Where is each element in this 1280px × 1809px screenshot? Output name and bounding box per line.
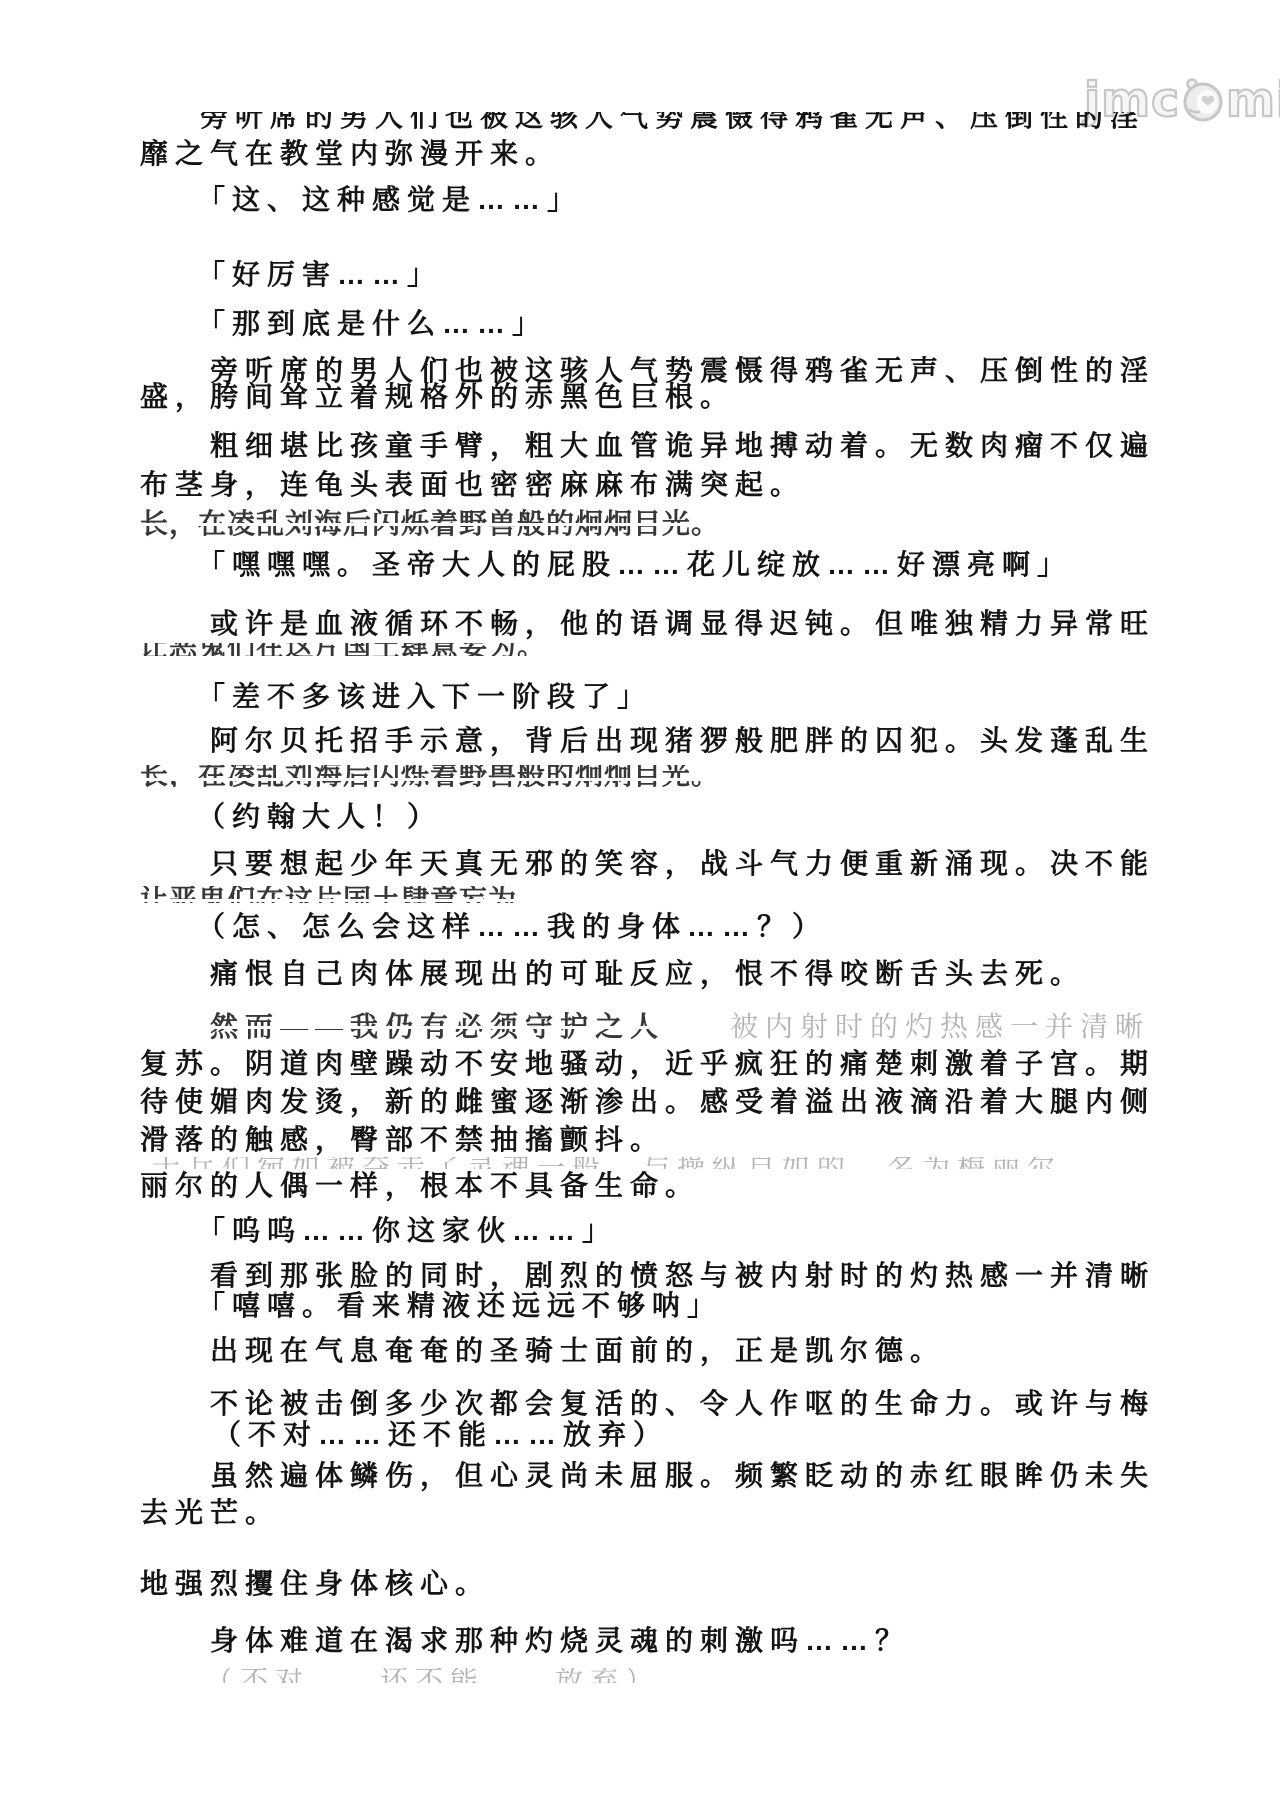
text-line: 去光芒。: [140, 1499, 280, 1527]
text-line: 身体难道在渴求那种灼烧灵魂的刺激吗……？: [210, 1627, 910, 1655]
text-line: 「嘿嘿嘿。圣帝大人的屁股……花儿绽放……好漂亮啊」: [197, 551, 1072, 579]
text-line: 靡之气在教堂内弥漫开来。: [140, 140, 560, 168]
text-line: 布茎身，连龟头表面也密密麻麻布满突起。: [140, 471, 805, 499]
novel-page: { "watermark": { "text_left": "jmc", "te…: [0, 0, 1280, 1809]
text-line: 粗细堪比孩童手臂，粗大血管诡异地搏动着。无数肉瘤不仅遍: [210, 432, 1155, 460]
text-line-degraded: 让恶鬼们在这片国土肆意妄为。: [140, 886, 546, 903]
text-line: 只要想起少年天真无邪的笑容，战斗气力便重新涌现。决不能: [210, 850, 1155, 878]
text-line-degraded: 然而——我仍有必须守护之人: [210, 1013, 665, 1041]
watermark-text-right: mic: [1226, 73, 1280, 128]
text-line: （不对……还不能……放弃）: [213, 1421, 668, 1449]
text-line-degraded: 让恶鬼们在这片国土肆意妄为。: [140, 643, 546, 663]
text-line: 地强烈攫住身体核心。: [140, 1570, 490, 1598]
text-line: 或许是血液循环不畅，他的语调显得迟钝。但唯独精力异常旺: [210, 610, 1155, 638]
text-line: 「差不多该进入下一阶段了」: [197, 683, 652, 711]
text-line: 不论被击倒多少次都会复活的、令人作呕的生命力。或许与梅: [210, 1390, 1155, 1418]
text-line: 滑落的触感，臀部不禁抽搐颤抖。: [140, 1126, 665, 1154]
text-line: 「那到底是什么……」: [197, 310, 547, 338]
text-line: 「这、这种感觉是……」: [197, 186, 582, 214]
text-line: 复苏。阴道肉壁躁动不安地骚动，近乎疯狂的痛楚刺激着子宫。期: [140, 1050, 1155, 1078]
text-line: 盛，胯间耸立着规格外的赤黑色巨根。: [140, 383, 735, 411]
text-line: 痛恨自己肉体展现出的可耻反应，恨不得咬断舌头去死。: [210, 960, 1085, 988]
text-line: （怎、怎么会这样……我的身体……？）: [197, 913, 827, 941]
text-line: 待使媚肉发烫，新的雌蜜逐渐渗出。感受着溢出液滴沿着大腿内侧: [140, 1088, 1155, 1116]
text-line-degraded: 长，在凌乱刘海后闪烁着野兽般的炯炯目光。: [140, 765, 720, 787]
text-line-faint: （不对……还不能……放弃）: [205, 1668, 660, 1683]
text-line-degraded: 长，在凌乱刘海后闪烁着野兽般的炯炯目光。: [140, 510, 720, 538]
text-line: 「好厉害……」: [197, 261, 442, 289]
text-line: 看到那张脸的同时，剧烈的愤怒与被内射时的灼热感一并清晰: [210, 1262, 1155, 1290]
bird-face-icon: [1181, 76, 1225, 124]
text-line: 虽然遍体鳞伤，但心灵尚未屈服。频繁眨动的赤红眼眸仍未失: [210, 1462, 1155, 1490]
text-line: 丽尔的人偶一样，根本不具备生命。: [140, 1172, 700, 1200]
text-line: 「嘻嘻。看来精液还远远不够呐」: [197, 1292, 722, 1320]
text-line-faint: 士兵们宛如被夺走了灵魂一般，与操纵自如的、名为梅丽尔: [152, 1157, 1062, 1169]
text-line-faint: 被内射时的灼热感一并清晰: [730, 1013, 1150, 1041]
text-line: （约翰大人！）: [197, 803, 442, 831]
text-line-clipped: 旁听席的男人们也被这骇人气势震慑得鸦雀无声、压倒性的淫: [200, 112, 1145, 132]
text-line: 「呜呜……你这家伙……」: [197, 1217, 617, 1245]
text-line: 出现在气息奄奄的圣骑士面前的，正是凯尔德。: [210, 1337, 945, 1365]
text-line: 阿尔贝托招手示意，背后出现猪猡般肥胖的囚犯。头发蓬乱生: [210, 727, 1155, 755]
